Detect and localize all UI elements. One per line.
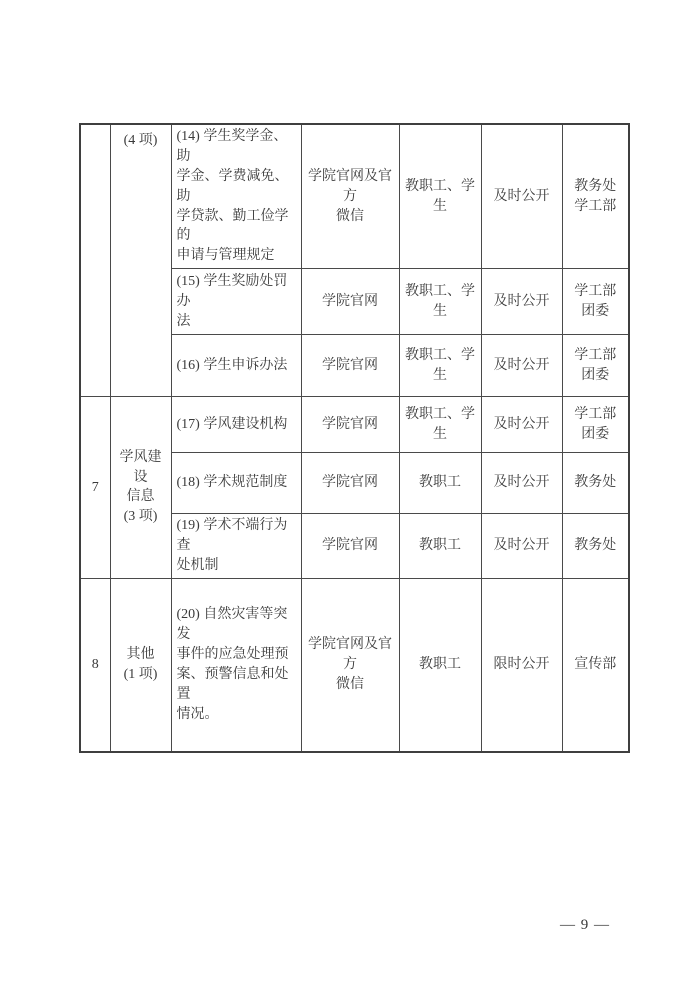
cell-timing: 及时公开 [481,514,562,579]
cell-section-number: 7 [80,397,110,579]
cell-audience: 教职工、学生 [399,335,481,397]
cell-section-category: 学风建设 信息 (3 项) [110,397,171,579]
cell-timing: 及时公开 [481,335,562,397]
cell-department: 教务处 [562,514,629,579]
cell-platform: 学院官网 [301,514,399,579]
cell-department: 学工部 团委 [562,335,629,397]
cell-item: (17) 学风建设机构 [171,397,301,453]
cell-timing: 及时公开 [481,453,562,514]
cell-department: 学工部 团委 [562,269,629,335]
cell-timing: 及时公开 [481,397,562,453]
cell-timing: 限时公开 [481,578,562,752]
cell-department: 教务处 学工部 [562,124,629,269]
cell-item: (14) 学生奖学金、助 学金、学费减免、助 学贷款、勤工俭学的 申请与管理规定 [171,124,301,269]
cell-platform: 学院官网 [301,335,399,397]
cell-timing: 及时公开 [481,124,562,269]
cell-section-category: (4 项) [110,124,171,397]
cell-platform: 学院官网 [301,269,399,335]
cell-timing: 及时公开 [481,269,562,335]
cell-section-number [80,124,110,397]
table-row: (4 项) (14) 学生奖学金、助 学金、学费减免、助 学贷款、勤工俭学的 申… [80,124,629,269]
cell-audience: 教职工、学生 [399,124,481,269]
cell-item: (15) 学生奖励处罚办 法 [171,269,301,335]
cell-item: (16) 学生申诉办法 [171,335,301,397]
cell-item: (20) 自然灾害等突发 事件的应急处理预 案、预警信息和处置 情况。 [171,578,301,752]
disclosure-table: (4 项) (14) 学生奖学金、助 学金、学费减免、助 学贷款、勤工俭学的 申… [79,123,630,753]
table-row: 7 学风建设 信息 (3 项) (17) 学风建设机构 学院官网 教职工、学生 … [80,397,629,453]
cell-item: (19) 学术不端行为查 处机制 [171,514,301,579]
cell-section-number: 8 [80,578,110,752]
cell-item: (18) 学术规范制度 [171,453,301,514]
table-row: 8 其他 (1 项) (20) 自然灾害等突发 事件的应急处理预 案、预警信息和… [80,578,629,752]
cell-audience: 教职工 [399,514,481,579]
document-page: { "page": { "number": "— 9 —" }, "table"… [0,0,700,989]
cell-platform: 学院官网 [301,397,399,453]
cell-audience: 教职工 [399,453,481,514]
cell-department: 学工部 团委 [562,397,629,453]
cell-platform: 学院官网及官方 微信 [301,124,399,269]
cell-platform: 学院官网及官方 微信 [301,578,399,752]
cell-department: 教务处 [562,453,629,514]
cell-section-category: 其他 (1 项) [110,578,171,752]
cell-department: 宣传部 [562,578,629,752]
cell-audience: 教职工、学生 [399,269,481,335]
cell-audience: 教职工 [399,578,481,752]
cell-audience: 教职工、学生 [399,397,481,453]
cell-platform: 学院官网 [301,453,399,514]
page-number: — 9 — [543,917,627,934]
